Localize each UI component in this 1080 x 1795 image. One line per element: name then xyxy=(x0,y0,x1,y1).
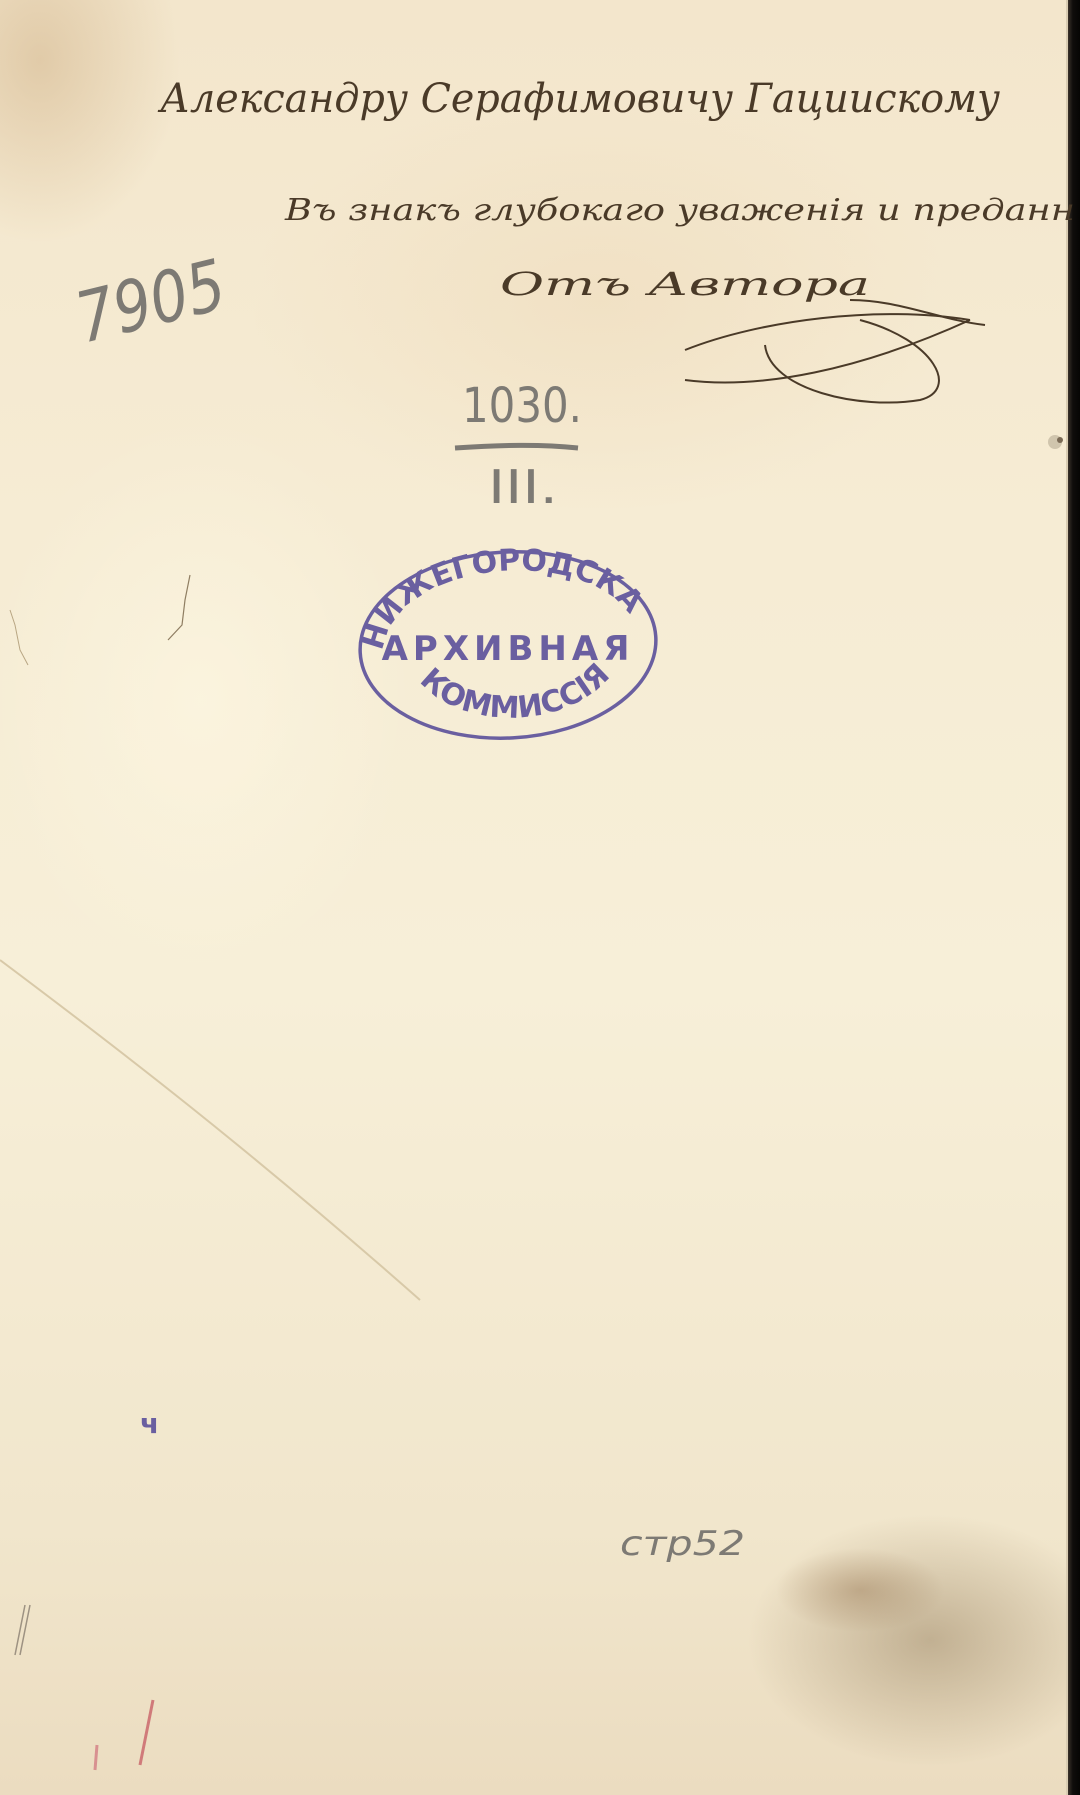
paper-tear xyxy=(10,610,28,665)
dedication-line-3: Отъ Автора xyxy=(500,265,870,303)
dedication-line-2: Въ знакъ глубокаго уваженія и преданн xyxy=(284,193,1075,228)
paper-crease xyxy=(0,960,420,1300)
archive-number-denominator: III. xyxy=(488,460,558,514)
red-mark xyxy=(95,1745,97,1770)
fraction-line xyxy=(455,445,578,448)
paper-tear xyxy=(168,575,190,640)
page-note: стр52 xyxy=(620,1524,745,1564)
dedication-line-1: Александру Серафимовичу Гациискому xyxy=(157,76,1001,122)
document-content: Александру Серафимовичу Гациискому Въ зн… xyxy=(0,0,1080,1795)
pencil-mark xyxy=(15,1605,30,1655)
stain xyxy=(1057,437,1063,443)
red-mark xyxy=(140,1700,153,1765)
signature-flourish xyxy=(685,300,985,403)
archive-number-numerator: 1030. xyxy=(462,378,582,434)
ink-mark: ч xyxy=(140,1407,159,1440)
margin-note: 7905 xyxy=(68,244,233,360)
